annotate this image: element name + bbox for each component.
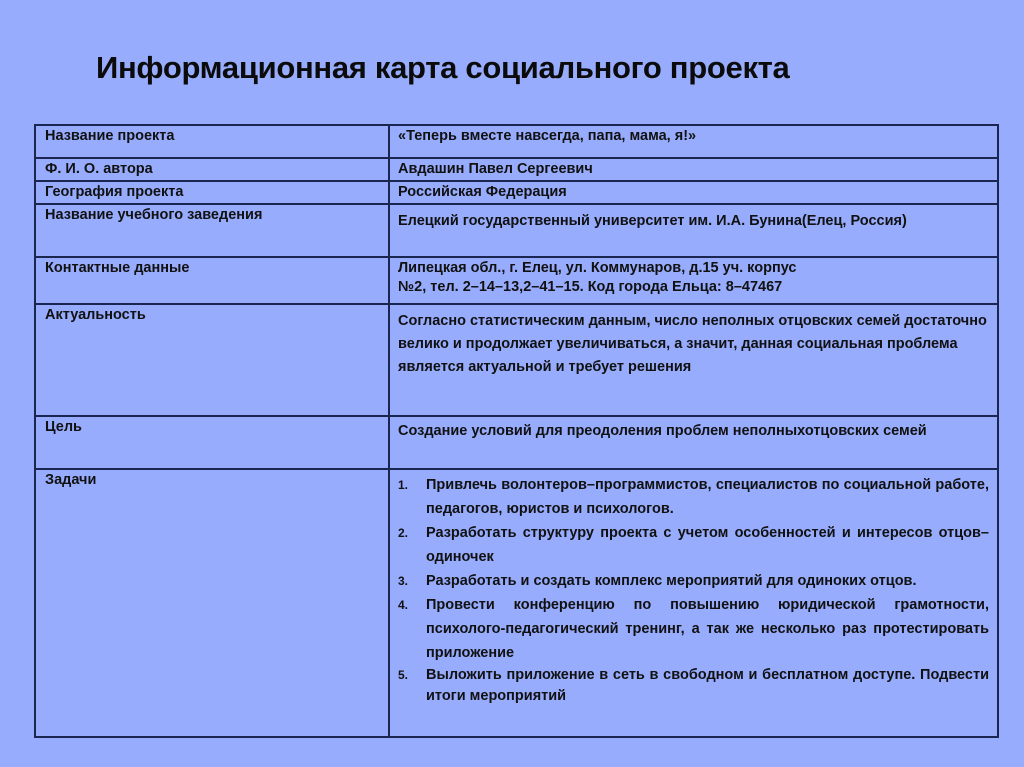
row-label: Ф. И. О. автора [35, 158, 389, 181]
task-text: Выложить приложение в сеть в свободном и… [426, 665, 989, 707]
row-label: Актуальность [35, 304, 389, 416]
tasks-list: 1. Привлечь волонтеров–программистов, сп… [398, 473, 989, 707]
contact-line: Липецкая обл., г. Елец, ул. Коммунаров, … [398, 259, 989, 278]
table-row-project-name: Название проекта «Теперь вместе навсегда… [35, 125, 998, 158]
task-text: Разработать структуру проекта с учетом о… [426, 521, 989, 569]
row-value: Авдашин Павел Сергеевич [389, 158, 998, 181]
row-value: Липецкая обл., г. Елец, ул. Коммунаров, … [389, 257, 998, 304]
task-text: Привлечь волонтеров–программистов, специ… [426, 473, 989, 521]
table-row-institution: Название учебного заведения Елецкий госу… [35, 204, 998, 257]
list-item: 4. Провести конференцию по повышению юри… [426, 593, 989, 665]
list-number: 2. [398, 521, 408, 545]
row-label: Задачи [35, 469, 389, 737]
table-row-contacts: Контактные данные Липецкая обл., г. Елец… [35, 257, 998, 304]
page-title: Информационная карта социального проекта [96, 50, 789, 86]
row-value: Российская Федерация [389, 181, 998, 204]
row-value: 1. Привлечь волонтеров–программистов, сп… [389, 469, 998, 737]
contact-line: №2, тел. 2–14–13,2–41–15. Код города Ель… [398, 278, 989, 297]
row-label: Название проекта [35, 125, 389, 158]
task-text: Провести конференцию по повышению юридич… [426, 593, 989, 665]
list-number: 5. [398, 665, 408, 686]
list-item: 2. Разработать структуру проекта с учето… [426, 521, 989, 569]
list-item: 5. Выложить приложение в сеть в свободно… [426, 665, 989, 707]
row-label: Цель [35, 416, 389, 469]
list-item: 3. Разработать и создать комплекс меропр… [426, 569, 989, 593]
row-value: Согласно статистическим данным, число не… [389, 304, 998, 416]
list-number: 1. [398, 473, 408, 497]
list-number: 3. [398, 569, 408, 593]
row-value: Елецкий государственный университет им. … [389, 204, 998, 257]
task-text: Разработать и создать комплекс мероприят… [426, 569, 989, 593]
row-label: Контактные данные [35, 257, 389, 304]
table-row-relevance: Актуальность Согласно статистическим дан… [35, 304, 998, 416]
table-row-goal: Цель Создание условий для преодоления пр… [35, 416, 998, 469]
row-label: География проекта [35, 181, 389, 204]
row-value: «Теперь вместе навсегда, папа, мама, я!» [389, 125, 998, 158]
project-info-table: Название проекта «Теперь вместе навсегда… [34, 124, 999, 738]
list-number: 4. [398, 593, 408, 617]
row-label: Название учебного заведения [35, 204, 389, 257]
table-row-geography: География проекта Российская Федерация [35, 181, 998, 204]
table-row-author: Ф. И. О. автора Авдашин Павел Сергеевич [35, 158, 998, 181]
row-value: Создание условий для преодоления проблем… [389, 416, 998, 469]
list-item: 1. Привлечь волонтеров–программистов, сп… [426, 473, 989, 521]
table-row-tasks: Задачи 1. Привлечь волонтеров–программис… [35, 469, 998, 737]
